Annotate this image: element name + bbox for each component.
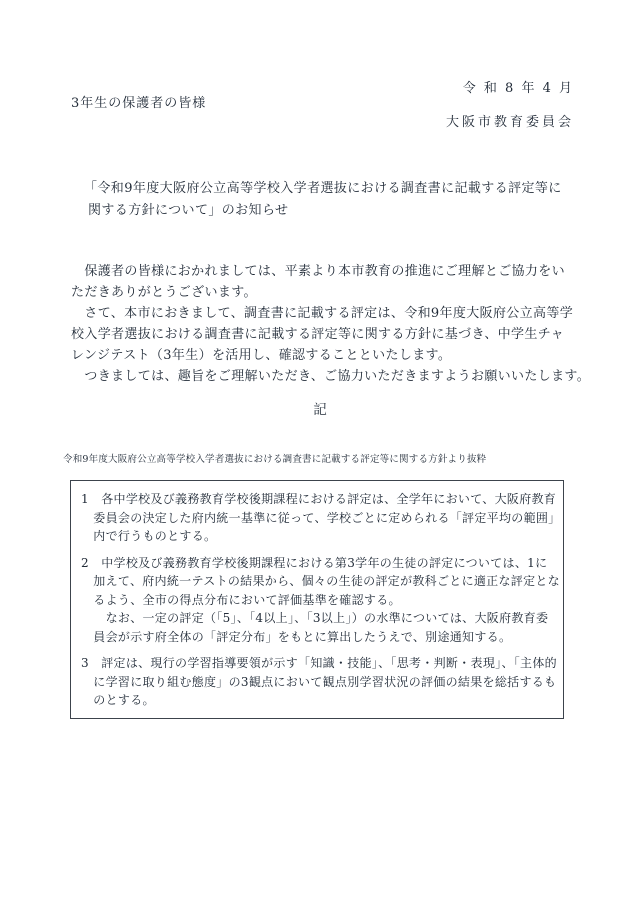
policy-item-1: 1 各中学校及び義務教育学校後期課程における評定は、全学年において、大阪府教育 … — [81, 490, 555, 546]
recipient-line: 3年生の保護者の皆様 — [71, 92, 206, 111]
title-line: 「令和9年度大阪府公立高等学校入学者選抜における調査書に記載する評定等に — [84, 178, 584, 200]
policy-line: のとする。 — [81, 691, 555, 710]
policy-item-2: 2 中学校及び義務教育学校後期課程における第3学年の生徒の評定については、1に … — [81, 554, 555, 647]
policy-line: 員会が示す府全体の「評定分布」をもとに算出したうえで、別途通知する。 — [81, 628, 555, 647]
policy-item-3: 3 評定は、現行の学習指導要領が示す「知識・技能」、「思考・判断・表現」、「主体… — [81, 654, 555, 710]
policy-line: に学習に取り組む態度」の3観点において観点別学習状況の評価の結果を総括するも — [81, 673, 555, 692]
excerpt-caption: 令和9年度大阪府公立高等学校入学者選抜における調査書に記載する評定等に関する方針… — [63, 451, 486, 465]
body-line: 保護者の皆様におかれましては、平素より本市教育の推進にご理解とご協力をい — [71, 261, 576, 282]
policy-line: 委員会の決定した府内統一基準に従って、学校ごとに定められる「評定平均の範囲」 — [81, 509, 555, 528]
notice-document-page: 令 和 8 年 4 月 3年生の保護者の皆様 大阪市教育委員会 「令和9年度大阪… — [0, 0, 640, 906]
body-line: レンジテスト（3年生）を活用し、確認することといたします。 — [71, 345, 576, 366]
body-line: さて、本市におきまして、調査書に記載する評定は、令和9年度大阪府公立高等学 — [71, 303, 576, 324]
policy-line: るよう、全市の得点分布において評価基準を確認する。 — [81, 591, 555, 610]
policy-line: なお、一定の評定（「5」、「4以上」、「3以上」）の水準については、大阪府教育委 — [81, 609, 555, 628]
body-line: 校入学者選抜における調査書に記載する評定等に関する方針に基づき、中学生チャ — [71, 324, 576, 345]
body-line: ただきありがとうございます。 — [71, 282, 576, 303]
title-line: 関する方針について」のお知らせ — [88, 200, 584, 222]
body-line: つきましては、趣旨をご理解いただき、ご協力いただきますようお願いいたします。 — [71, 366, 576, 387]
policy-line: 1 各中学校及び義務教育学校後期課程における評定は、全学年において、大阪府教育 — [81, 490, 555, 509]
policy-line: 内で行うものとする。 — [81, 527, 555, 546]
document-date: 令 和 8 年 4 月 — [463, 77, 574, 96]
policy-excerpt-box: 1 各中学校及び義務教育学校後期課程における評定は、全学年において、大阪府教育 … — [70, 480, 564, 719]
sender-organization: 大阪市教育委員会 — [446, 111, 574, 130]
policy-line: 2 中学校及び義務教育学校後期課程における第3学年の生徒の評定については、1に — [81, 554, 555, 573]
policy-line: 加えて、府内統一テストの結果から、個々の生徒の評定が教科ごとに適正な評定とな — [81, 572, 555, 591]
policy-line: 3 評定は、現行の学習指導要領が示す「知識・技能」、「思考・判断・表現」、「主体… — [81, 654, 555, 673]
document-title: 「令和9年度大阪府公立高等学校入学者選抜における調査書に記載する評定等に関する方… — [84, 178, 584, 222]
record-marker: 記 — [0, 398, 640, 418]
body-paragraphs: 保護者の皆様におかれましては、平素より本市教育の推進にご理解とご協力をいただきあ… — [71, 261, 576, 387]
